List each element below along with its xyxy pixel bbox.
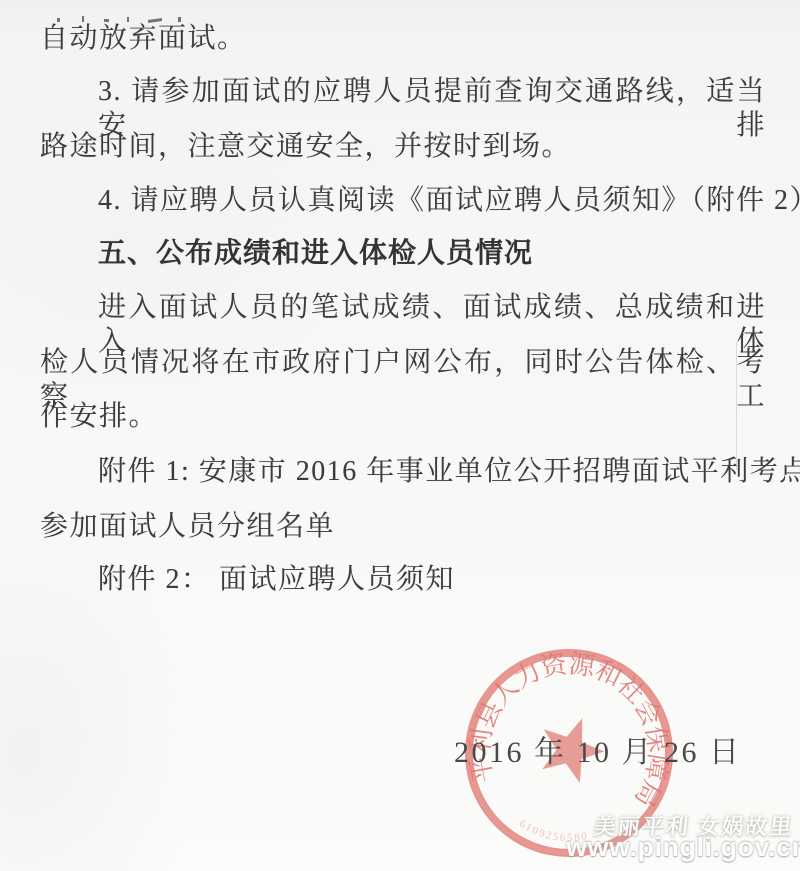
attachment-line: 附件 1: 安康市 2016 年事业单位公开招聘面试平利考点 — [98, 455, 800, 489]
watermark-url: www.pingli.gov.cn — [566, 832, 800, 863]
section-heading: 五、公布成绩和进入体检人员情况 — [98, 237, 533, 271]
body-line: 路途时间，注意交通安全，并按时到场。 — [40, 130, 571, 164]
body-line: 4. 请应聘人员认真阅读《面试应聘人员须知》（附件 2）。 — [98, 184, 800, 218]
date-line: 2016 年 10 月 26 日 — [454, 727, 742, 771]
attachment-line: 附件 2： 面试应聘人员须知 — [98, 563, 455, 597]
scanned-document-page: 自动放弃面试。 3. 请参加面试的应聘人员提前查询交通路线，适当安排 路途时间，… — [0, 0, 800, 871]
scan-artifact-line — [736, 342, 737, 470]
attachment-line: 参加面试人员分组名单 — [40, 510, 335, 544]
body-line: 自动放弃面试。 — [40, 22, 247, 56]
body-line: 作安排。 — [40, 400, 158, 434]
